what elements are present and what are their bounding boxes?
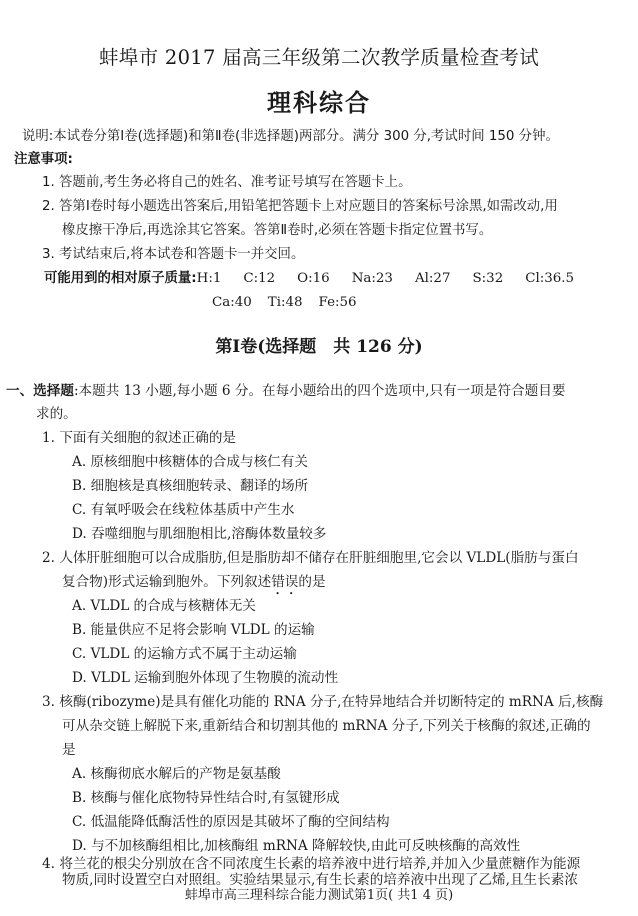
exam-description: 说明:本试卷分第Ⅰ卷(选择题)和第Ⅱ卷(非选择题)两部分。满分 300 分,考试… [22,128,559,146]
option-label: A. [72,766,86,782]
atomic-mass-c: C:12 [243,270,275,288]
exam-subject: 理科综合 [0,88,638,118]
question-text: 将兰花的根尖分别放在含不同浓度生长素的培养液中进行培养,并加入少量蔗糖作为能源 [59,856,580,872]
atomic-mass-ti: Ti:48 [268,294,303,312]
question-text: 下面有关细胞的叙述正确的是 [59,430,236,446]
question-4-stem-continued: 物质,同时设置空白对照组。实验结果显示,有生长素的培养液中出现了乙烯,且生长素浓 [62,871,578,889]
question-number: 2. [42,550,55,566]
question-text: 核酶(ribozyme)是具有催化功能的 RNA 分子,在特异地结合并切断特定的… [59,694,603,710]
question-2-stem-continued: 复合物)形式运输到胞外。下列叙述错误的是 [62,573,326,598]
part-label: 一、选择题 [6,383,74,399]
question-2-option-b: B. 能量供应不足将会影响 VLDL 的运输 [72,621,315,639]
option-text: VLDL 运输到胞外体现了生物膜的流动性 [91,670,338,686]
option-text: 低温能降低酶活性的原因是其破坏了酶的空间结构 [91,814,390,830]
question-3-stem-continued: 可从杂交链上解脱下来,重新结合和切割其他的 mRNA 分子,下列关于核酶的叙述,… [62,717,591,735]
option-label: B. [72,622,86,638]
option-text: 有氧呼吸会在线粒体基质中产生水 [91,502,295,518]
atomic-masses-row-1: 可能用到的相对原子质量:H:1C:12O:16Na:23Al:27S:32Cl:… [44,270,574,288]
atomic-mass-al: Al:27 [415,270,451,288]
option-text: 核酶彻底水解后的产物是氨基酸 [90,766,280,782]
page-footer: 蚌埠市高三理科综合能力测试第1页( 共1 4 页) [0,888,638,904]
question-number: 4. [42,856,55,872]
question-3-stem-continued-2: 是 [62,741,76,759]
option-text: 能量供应不足将会影响 VLDL 的运输 [91,622,315,638]
note-number: 3. [42,247,55,262]
part-intro: 一、选择题:本题共 13 小题,每小题 6 分。在每小题给出的四个选项中,只有一… [6,382,565,400]
notes-label: 注意事项: [14,151,73,169]
option-text: 与不加核酶组相比,加核酶组 mRNA 降解较快,由此可反映核酶的高效性 [91,838,520,854]
atomic-mass-o: O:16 [297,270,330,288]
option-text: 原核细胞中核糖体的合成与核仁有关 [90,454,308,470]
option-label: A. [72,598,86,614]
option-text: 细胞核是真核细胞转录、翻译的场所 [91,478,309,494]
question-2-option-c: C. VLDL 的运输方式不属于主动运输 [72,645,297,663]
question-3-option-d: D. 与不加核酶组相比,加核酶组 mRNA 降解较快,由此可反映核酶的高效性 [72,837,520,855]
question-text: 复合物)形式运输到胞外。下列叙述 [62,574,271,590]
emphasis-text: 错误 [271,574,298,590]
option-label: D. [72,838,87,854]
note-number: 1. [42,175,55,190]
option-label: B. [72,790,86,806]
question-1-option-b: B. 细胞核是真核细胞转录、翻译的场所 [72,477,308,495]
option-label: C. [72,646,86,662]
question-1-option-d: D. 吞噬细胞与肌细胞相比,溶酶体数量较多 [72,525,327,543]
question-1-option-a: A. 原核细胞中核糖体的合成与核仁有关 [72,453,308,471]
question-2-option-a: A. VLDL 的合成与核糖体无关 [72,597,256,615]
option-label: D. [72,526,87,542]
option-text: 吞噬细胞与肌细胞相比,溶酶体数量较多 [91,526,326,542]
note-text: 考试结束后,将本试卷和答题卡一并交回。 [59,247,304,262]
exam-title: 蚌埠市 2017 届高三年级第二次教学质量检查考试 [0,46,638,70]
question-3-stem: 3. 核酶(ribozyme)是具有催化功能的 RNA 分子,在特异地结合并切断… [42,693,603,711]
atomic-mass-ca: Ca:40 [212,294,252,312]
section-title: 第Ⅰ卷(选择题 共 126 分) [0,336,638,358]
question-1-stem: 1. 下面有关细胞的叙述正确的是 [42,429,236,447]
atomic-masses-row-2: Ca:40Ti:48Fe:56 [212,294,357,312]
option-label: C. [72,814,86,830]
option-label: D. [72,670,87,686]
question-3-option-b: B. 核酶与催化底物特异性结合时,有氢键形成 [72,789,340,807]
part-intro-continued: 求的。 [36,405,77,423]
option-label: B. [72,478,86,494]
part-intro-text: :本题共 13 小题,每小题 6 分。在每小题给出的四个选项中,只有一项是符合题… [74,383,565,399]
atomic-mass-h: H:1 [197,270,222,288]
atomic-mass-cl: Cl:36.5 [525,270,574,288]
note-text: 答第Ⅰ卷时每小题选出答案后,用铅笔把答题卡上对应题目的答案标号涂黑,如需改动,用 [59,199,558,214]
question-number: 1. [42,430,55,446]
note-2-continued: 橡皮擦干净后,再选涂其它答案。答第Ⅱ卷时,必须在答题卡指定位置书写。 [62,222,492,240]
option-label: A. [72,454,86,470]
question-2-stem: 2. 人体肝脏细胞可以合成脂肪,但是脂肪却不储存在肝脏细胞里,它会以 VLDL(… [42,549,579,567]
question-3-option-c: C. 低温能降低酶活性的原因是其破坏了酶的空间结构 [72,813,390,831]
question-1-option-c: C. 有氧呼吸会在线粒体基质中产生水 [72,501,294,519]
note-text: 答题前,考生务必将自己的姓名、准考证号填写在答题卡上。 [59,175,411,190]
question-2-option-d: D. VLDL 运输到胞外体现了生物膜的流动性 [72,669,338,687]
atomic-mass-fe: Fe:56 [319,294,357,312]
option-label: C. [72,502,86,518]
option-text: 核酶与催化底物特异性结合时,有氢键形成 [91,790,340,806]
atomic-mass-label: 可能用到的相对原子质量: [44,271,197,286]
option-text: VLDL 的运输方式不属于主动运输 [91,646,297,662]
question-text: 人体肝脏细胞可以合成脂肪,但是脂肪却不储存在肝脏细胞里,它会以 VLDL(脂肪与… [59,550,578,566]
note-2: 2. 答第Ⅰ卷时每小题选出答案后,用铅笔把答题卡上对应题目的答案标号涂黑,如需改… [42,198,558,216]
atomic-mass-s: S:32 [472,270,503,288]
note-1: 1. 答题前,考生务必将自己的姓名、准考证号填写在答题卡上。 [42,174,411,192]
question-number: 3. [42,694,55,710]
question-text-tail: 的是 [298,574,325,590]
option-text: VLDL 的合成与核糖体无关 [90,598,255,614]
note-number: 2. [42,199,55,214]
question-3-option-a: A. 核酶彻底水解后的产物是氨基酸 [72,765,281,783]
atomic-mass-na: Na:23 [352,270,393,288]
note-3: 3. 考试结束后,将本试卷和答题卡一并交回。 [42,246,304,264]
